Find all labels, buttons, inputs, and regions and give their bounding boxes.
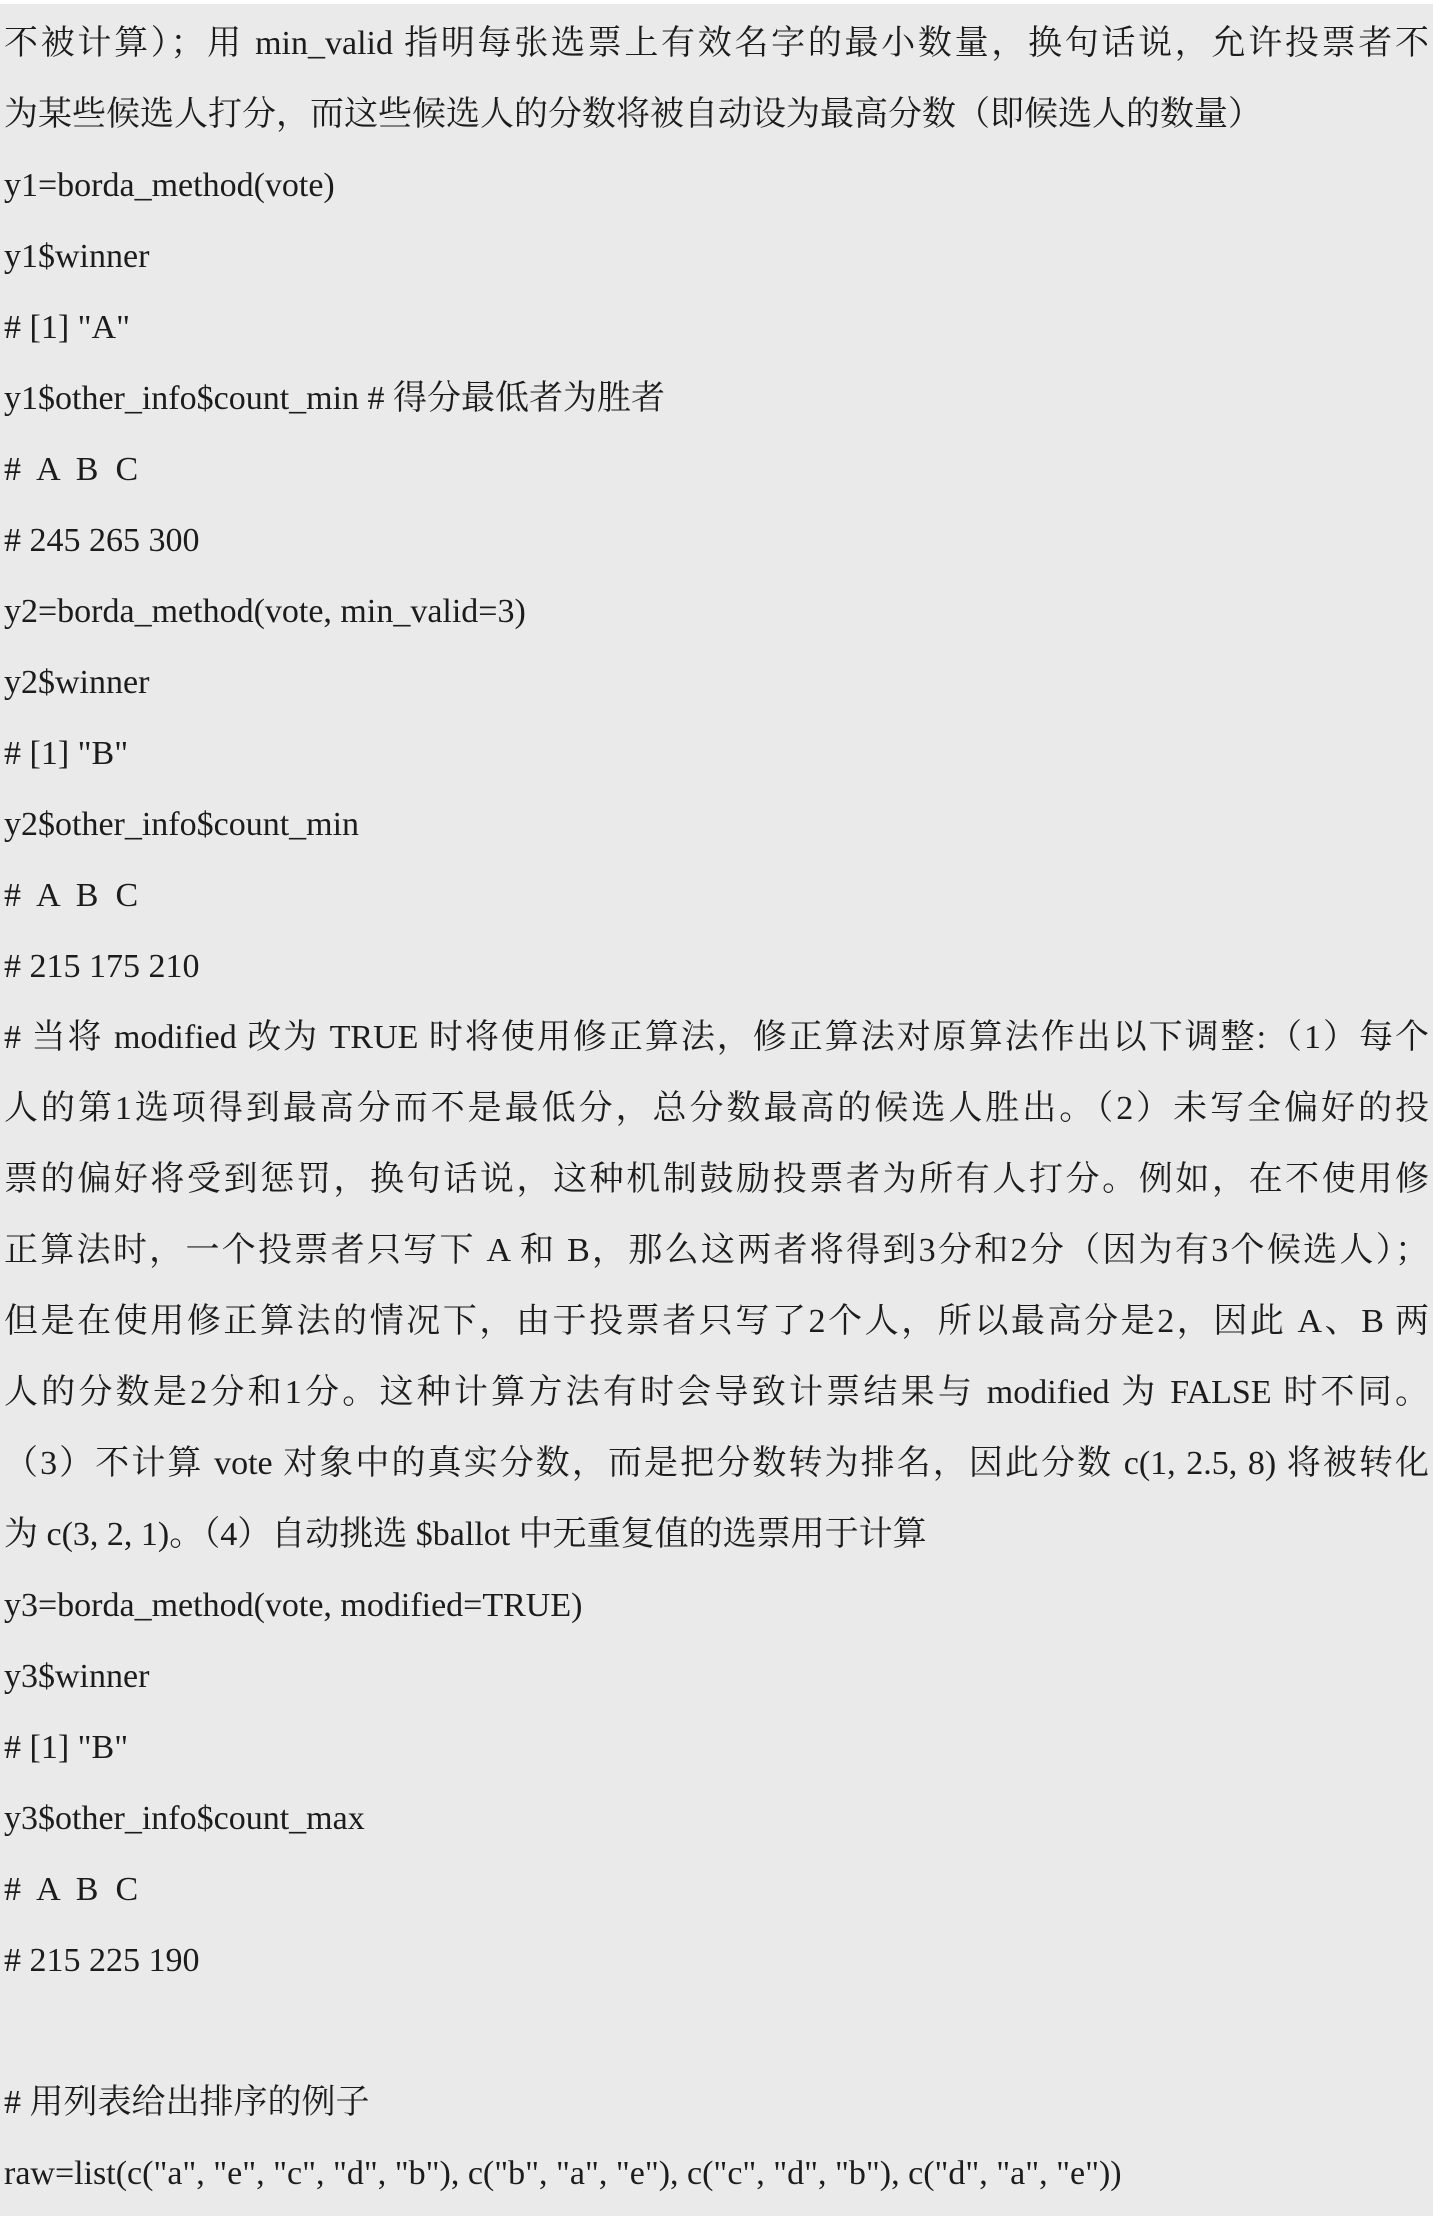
doc-line-output: # A B C <box>4 860 1429 931</box>
doc-line-output: # [1] "B" <box>4 718 1429 789</box>
doc-line-code: raw=list(c("a", "e", "c", "d", "b"), c("… <box>4 2138 1429 2209</box>
doc-line: 正算法时，一个投票者只写下 A 和 B，那么这两者将得到3分和2分（因为有3个候… <box>4 1215 1429 1286</box>
doc-line-blank <box>4 1996 1429 2067</box>
doc-line-code: y2$other_info$count_min <box>4 789 1429 860</box>
doc-line-output: # 215 175 210 <box>4 931 1429 1002</box>
doc-line-output: # [1] "A" <box>4 292 1429 363</box>
doc-line-output: # [1] "B" <box>4 1712 1429 1783</box>
doc-line-code: y1$other_info$count_min # 得分最低者为胜者 <box>4 363 1429 434</box>
doc-line-output: # A B C <box>4 1854 1429 1925</box>
doc-line: 不被计算）；用 min_valid 指明每张选票上有效名字的最小数量，换句话说，… <box>4 8 1429 79</box>
doc-line-code: y1=borda_method(vote) <box>4 150 1429 221</box>
doc-line-output: # 245 265 300 <box>4 505 1429 576</box>
doc-line: # 当将 modified 改为 TRUE 时将使用修正算法，修正算法对原算法作… <box>4 1002 1429 1073</box>
doc-line-output: # A B C <box>4 434 1429 505</box>
doc-line: 票的偏好将受到惩罚，换句话说，这种机制鼓励投票者为所有人打分。例如，在不使用修 <box>4 1144 1429 1215</box>
doc-line-code: y3=borda_method(vote, modified=TRUE) <box>4 1570 1429 1641</box>
doc-line: （3）不计算 vote 对象中的真实分数，而是把分数转为排名，因此分数 c(1,… <box>4 1428 1429 1499</box>
doc-line-code: y1$winner <box>4 221 1429 292</box>
doc-line-code: y3$winner <box>4 1641 1429 1712</box>
doc-line: 为 c(3, 2, 1)。（4）自动挑选 $ballot 中无重复值的选票用于计… <box>4 1499 1429 1570</box>
doc-line: 人的分数是2分和1分。这种计算方法有时会导致计票结果与 modified 为 F… <box>4 1357 1429 1428</box>
doc-line: 为某些候选人打分，而这些候选人的分数将被自动设为最高分数（即候选人的数量） <box>4 79 1429 150</box>
document-page: 不被计算）；用 min_valid 指明每张选票上有效名字的最小数量，换句话说，… <box>0 4 1433 2216</box>
doc-line: # 用列表给出排序的例子 <box>4 2067 1429 2138</box>
doc-line: 但是在使用修正算法的情况下，由于投票者只写了2个人，所以最高分是2，因此 A、B… <box>4 1286 1429 1357</box>
doc-line-output: # 215 225 190 <box>4 1925 1429 1996</box>
doc-line: 人的第1选项得到最高分而不是最低分，总分数最高的候选人胜出。（2）未写全偏好的投 <box>4 1073 1429 1144</box>
doc-line-code: y2=borda_method(vote, min_valid=3) <box>4 576 1429 647</box>
doc-line-code: y2$winner <box>4 647 1429 718</box>
doc-line-code: y3$other_info$count_max <box>4 1783 1429 1854</box>
